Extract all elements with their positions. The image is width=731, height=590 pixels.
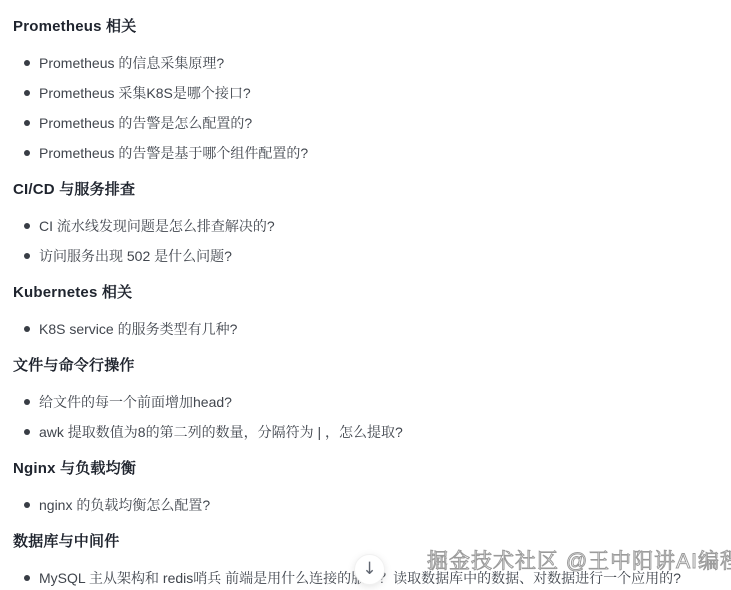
section-heading: 文件与命令行操作 bbox=[13, 355, 717, 376]
list-item: nginx 的负载均衡怎么配置? bbox=[13, 490, 717, 520]
list-item: Prometheus 的告警是基于哪个组件配置的? bbox=[13, 138, 717, 168]
section-file-cli: 文件与命令行操作 给文件的每一个前面增加head? awk 提取数值为8的第二列… bbox=[13, 355, 717, 447]
question-list: nginx 的负载均衡怎么配置? bbox=[13, 490, 717, 520]
section-nginx: Nginx 与负载均衡 nginx 的负载均衡怎么配置? bbox=[13, 458, 717, 520]
question-list: 给文件的每一个前面增加head? awk 提取数值为8的第二列的数量，分隔符为 … bbox=[13, 387, 717, 447]
section-cicd: CI/CD 与服务排查 CI 流水线发现问题是怎么排查解决的? 访问服务出现 5… bbox=[13, 179, 717, 271]
question-text: awk 提取数值为8的第二列的数量，分隔符为 | ，怎么提取? bbox=[39, 424, 403, 440]
section-heading: Nginx 与负载均衡 bbox=[13, 458, 717, 479]
bullet-icon bbox=[24, 90, 30, 96]
question-text: CI 流水线发现问题是怎么排查解决的? bbox=[39, 218, 275, 234]
bullet-icon bbox=[24, 399, 30, 405]
question-text: Prometheus 的信息采集原理? bbox=[39, 55, 224, 71]
arrow-down-icon: ↓ bbox=[362, 561, 376, 578]
list-item: awk 提取数值为8的第二列的数量，分隔符为 | ，怎么提取? bbox=[13, 417, 717, 447]
section-kubernetes: Kubernetes 相关 K8S service 的服务类型有几种? bbox=[13, 282, 717, 344]
bullet-icon bbox=[24, 60, 30, 66]
bullet-icon bbox=[24, 429, 30, 435]
bullet-icon bbox=[24, 150, 30, 156]
bullet-icon bbox=[24, 223, 30, 229]
question-text: Prometheus 的告警是基于哪个组件配置的? bbox=[39, 145, 308, 161]
bullet-icon bbox=[24, 502, 30, 508]
article-content: Prometheus 相关 Prometheus 的信息采集原理? Promet… bbox=[0, 0, 731, 590]
question-list: CI 流水线发现问题是怎么排查解决的? 访问服务出现 502 是什么问题? bbox=[13, 211, 717, 271]
question-text: 给文件的每一个前面增加head? bbox=[39, 394, 232, 410]
question-text: 访问服务出现 502 是什么问题? bbox=[39, 248, 232, 264]
list-item: Prometheus 采集K8S是哪个接口? bbox=[13, 78, 717, 108]
list-item: K8S service 的服务类型有几种? bbox=[13, 314, 717, 344]
section-heading: Kubernetes 相关 bbox=[13, 282, 717, 303]
question-text: nginx 的负载均衡怎么配置? bbox=[39, 497, 210, 513]
bullet-icon bbox=[24, 120, 30, 126]
list-item: 给文件的每一个前面增加head? bbox=[13, 387, 717, 417]
bullet-icon bbox=[24, 575, 30, 581]
list-item: CI 流水线发现问题是怎么排查解决的? bbox=[13, 211, 717, 241]
bullet-icon bbox=[24, 253, 30, 259]
list-item: Prometheus 的告警是怎么配置的? bbox=[13, 108, 717, 138]
question-list: K8S service 的服务类型有几种? bbox=[13, 314, 717, 344]
section-prometheus: Prometheus 相关 Prometheus 的信息采集原理? Promet… bbox=[13, 16, 717, 168]
section-heading: CI/CD 与服务排查 bbox=[13, 179, 717, 200]
list-item: 访问服务出现 502 是什么问题? bbox=[13, 241, 717, 271]
section-heading: 数据库与中间件 bbox=[13, 531, 717, 552]
list-item: Prometheus 的信息采集原理? bbox=[13, 48, 717, 78]
bullet-icon bbox=[24, 326, 30, 332]
scroll-to-bottom-button[interactable]: ↓ bbox=[354, 554, 385, 585]
question-text: Prometheus 的告警是怎么配置的? bbox=[39, 115, 252, 131]
question-text: K8S service 的服务类型有几种? bbox=[39, 321, 237, 337]
section-heading: Prometheus 相关 bbox=[13, 16, 717, 37]
question-text: Prometheus 采集K8S是哪个接口? bbox=[39, 85, 251, 101]
question-list: Prometheus 的信息采集原理? Prometheus 采集K8S是哪个接… bbox=[13, 48, 717, 168]
